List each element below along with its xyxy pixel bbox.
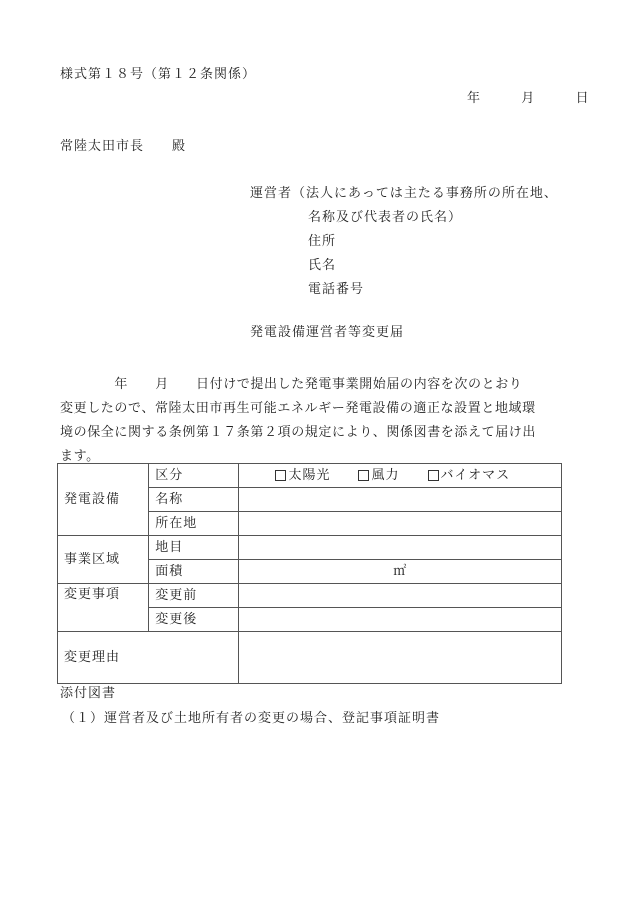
- table-row: 事業区域 地目: [58, 536, 562, 560]
- category-label: 区分: [149, 464, 239, 488]
- area-group-label: 事業区域: [58, 536, 149, 584]
- option-solar[interactable]: 太陽光: [275, 468, 330, 484]
- body-line-2: 変更したので、常陸太田市再生可能エネルギー発電設備の適正な設置と地域環: [60, 397, 570, 421]
- document-title: 発電設備運営者等変更届: [250, 325, 404, 341]
- name-label: 氏名: [308, 258, 336, 274]
- area-unit: ㎡: [245, 564, 561, 580]
- form-table: 発電設備 区分 太陽光 風力 バイオマス 名称 所在地: [57, 463, 562, 684]
- before-change-label: 変更前: [149, 584, 239, 608]
- checkbox-icon[interactable]: [428, 470, 439, 481]
- form-number: 様式第１８号（第１２条関係）: [60, 67, 256, 83]
- year-label: 年: [467, 91, 480, 107]
- operator-line-2: 名称及び代表者の氏名）: [308, 210, 462, 226]
- option-biomass[interactable]: バイオマス: [428, 468, 511, 484]
- facility-location-label: 所在地: [149, 512, 239, 536]
- reason-label: 変更理由: [58, 632, 239, 684]
- table-row: 変更事項 変更前: [58, 584, 562, 608]
- option-solar-label: 太陽光: [288, 468, 330, 484]
- attachments-title: 添付図書: [60, 686, 116, 702]
- after-change-label: 変更後: [149, 608, 239, 632]
- addressee: 常陸太田市長 殿: [60, 139, 186, 155]
- address-label: 住所: [308, 234, 336, 250]
- category-options: 太陽光 風力 バイオマス: [239, 464, 562, 488]
- checkbox-icon[interactable]: [358, 470, 369, 481]
- facility-name-field[interactable]: [239, 488, 562, 512]
- change-group-label: 変更事項: [58, 584, 149, 632]
- checkbox-icon[interactable]: [275, 470, 286, 481]
- area-size-field[interactable]: ㎡: [239, 560, 562, 584]
- facility-group-label: 発電設備: [58, 464, 149, 536]
- date-line: 年 月 日: [467, 91, 589, 107]
- area-size-label: 面積: [149, 560, 239, 584]
- option-biomass-label: バイオマス: [441, 468, 511, 484]
- before-change-field[interactable]: [239, 584, 562, 608]
- day-label: 日: [576, 91, 589, 107]
- body-line-3: 境の保全に関する条例第１７条第２項の規定により、関係図書を添えて届け出: [60, 421, 570, 445]
- facility-location-field[interactable]: [239, 512, 562, 536]
- option-wind-label: 風力: [371, 468, 399, 484]
- after-change-field[interactable]: [239, 608, 562, 632]
- table-row: 変更理由: [58, 632, 562, 684]
- reason-field[interactable]: [239, 632, 562, 684]
- option-wind[interactable]: 風力: [358, 468, 399, 484]
- land-category-field[interactable]: [239, 536, 562, 560]
- facility-name-label: 名称: [149, 488, 239, 512]
- operator-line-1: 運営者（法人にあっては主たる事務所の所在地、: [250, 186, 558, 202]
- phone-label: 電話番号: [308, 282, 364, 298]
- land-category-label: 地目: [149, 536, 239, 560]
- month-label: 月: [521, 91, 534, 107]
- table-row: 発電設備 区分 太陽光 風力 バイオマス: [58, 464, 562, 488]
- body-line-1: 年 月 日付けで提出した発電事業開始届の内容を次のとおり: [60, 373, 570, 397]
- attachment-item: （１）運営者及び土地所有者の変更の場合、登記事項証明書: [62, 711, 440, 727]
- body-paragraph: 年 月 日付けで提出した発電事業開始届の内容を次のとおり 変更したので、常陸太田…: [60, 373, 570, 469]
